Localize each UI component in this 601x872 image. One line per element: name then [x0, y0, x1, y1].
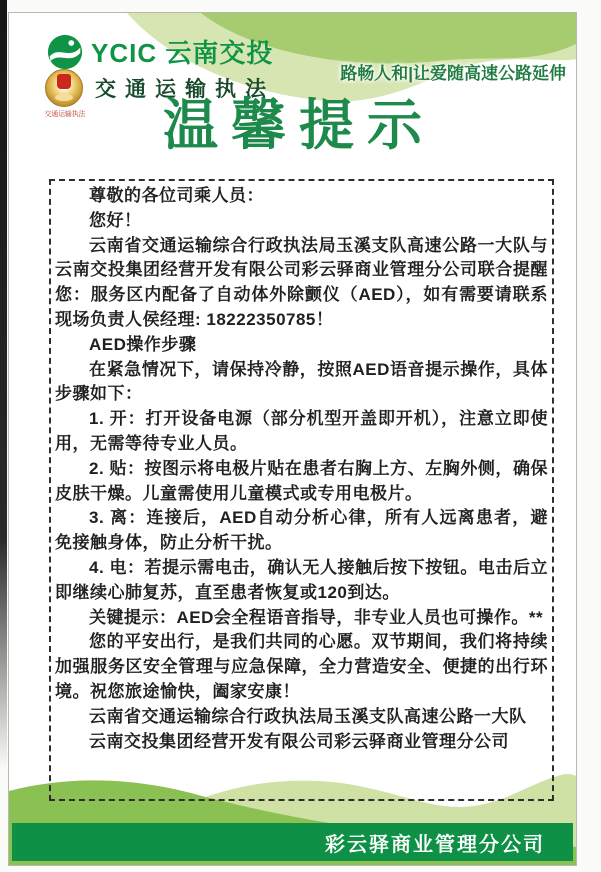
notice-paragraph: 云南省交通运输综合行政执法局玉溪支队高速公路一大队与云南交投集团经营开发有限公司…	[55, 234, 548, 333]
photo-edge	[0, 0, 7, 770]
brand-name: YCIC 云南交投	[91, 33, 273, 70]
signature-line: 云南省交通运输综合行政执法局玉溪支队高速公路一大队	[55, 705, 548, 730]
notice-poster: YCIC 云南交投 交通运输执法 交通运输执法 路畅人和|让爱随高速公路延伸 温…	[8, 12, 577, 866]
notice-paragraph: 3. 离：连接后，AED自动分析心律，所有人远离患者，避免接触身体，防止分析干扰…	[55, 506, 548, 556]
notice-paragraph: 1. 开：打开设备电源（部分机型开盖即开机），注意立即使用，无需等待专业人员。	[55, 407, 548, 457]
notice-paragraph: 关键提示：AED会全程语音指导，非专业人员也可操作。**	[55, 606, 548, 631]
notice-paragraph: 2. 贴：按图示将电极片贴在患者右胸上方、左胸外侧，确保皮肤干燥。儿童需使用儿童…	[55, 457, 548, 507]
notice-paragraphs: 云南省交通运输综合行政执法局玉溪支队高速公路一大队与云南交投集团经营开发有限公司…	[55, 234, 548, 705]
notice-paragraph: 在紧急情况下，请保持冷静，按照AED语音提示操作，具体步骤如下：	[55, 358, 548, 408]
notice-body: 尊敬的各位司乘人员： 您好！ 云南省交通运输综合行政执法局玉溪支队高速公路一大队…	[49, 179, 554, 801]
signature-line: 云南交投集团经营开发有限公司彩云驿商业管理分公司	[55, 730, 548, 755]
footer-bar: 彩云驿商业管理分公司	[12, 823, 573, 861]
notice-paragraph: 您的平安出行，是我们共同的心愿。双节期间，我们将持续加强服务区安全管理与应急保障…	[55, 630, 548, 704]
notice-paragraph: 4. 电：若提示需电击，确认无人接触后按下按钮。电击后立即继续心肺复苏，直至患者…	[55, 556, 548, 606]
slogan-text: 路畅人和|让爱随高速公路延伸	[340, 59, 566, 84]
signature-block: 云南省交通运输综合行政执法局玉溪支队高速公路一大队云南交投集团经营开发有限公司彩…	[55, 705, 548, 755]
greeting: 您好！	[55, 209, 548, 234]
footer-company-name: 彩云驿商业管理分公司	[325, 828, 545, 857]
brand-row: YCIC 云南交投	[47, 33, 273, 70]
salutation: 尊敬的各位司乘人员：	[55, 184, 548, 209]
page-title: 温馨提示	[9, 95, 576, 155]
ycic-logo-icon	[47, 34, 83, 70]
notice-paragraph: AED操作步骤	[55, 333, 548, 358]
